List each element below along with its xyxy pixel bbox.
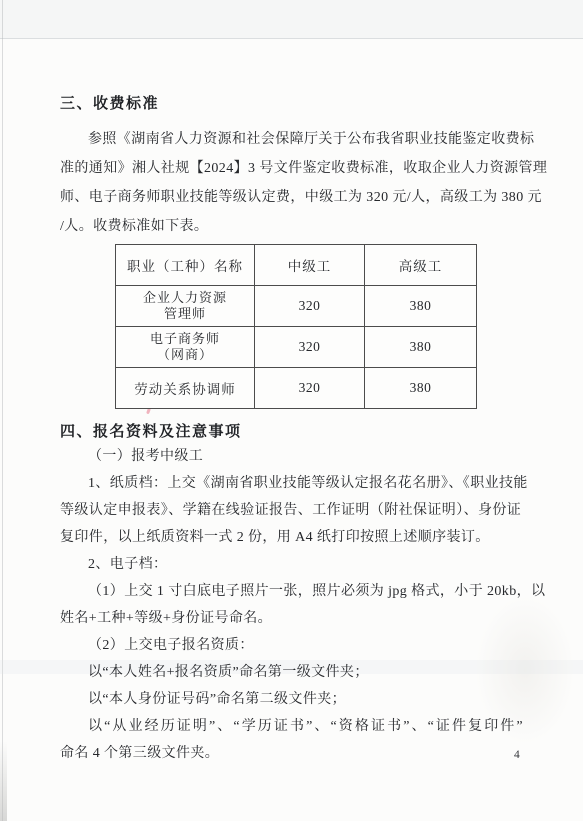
- paragraph-line: 师、电子商务师职业技能等级认定费，中级工为 320 元/人，高级工为 380 元: [60, 183, 525, 212]
- section-heading-fees: 三、收费标准: [60, 94, 525, 114]
- occupation-name-line: （网商）: [116, 347, 254, 363]
- table-row: 劳动关系协调师 320 380: [116, 368, 477, 409]
- fees-paragraph: 参照《湖南省人力资源和社会保障厅关于公布我省职业技能鉴定收费标 准的通知》湘人社…: [60, 125, 525, 241]
- paragraph-line: （1）上交 1 寸白底电子照片一张，照片必须为 jpg 格式，小于 20kb，以: [60, 578, 525, 605]
- paragraph-line: （一）报考中级工: [60, 443, 525, 470]
- occupation-name-line: 企业人力资源: [116, 290, 254, 306]
- paragraph-line: 姓名+工种+等级+身份证号命名。: [60, 605, 525, 632]
- page-content: 三、收费标准 参照《湖南省人力资源和社会保障厅关于公布我省职业技能鉴定收费标 准…: [60, 0, 525, 767]
- materials-paragraphs: （一）报考中级工 1、纸质档：上交《湖南省职业技能等级认定报名花名册》、《职业技…: [60, 443, 525, 767]
- col-header-occupation: 职业（工种）名称: [116, 245, 255, 286]
- paragraph-line: 等级认定申报表》、学籍在线验证报告、工作证明（附社保证明）、身份证: [60, 497, 525, 524]
- senior-fee-cell: 380: [365, 368, 477, 409]
- paragraph-line: 以“本人身份证号码”命名第二级文件夹；: [60, 686, 525, 713]
- paragraph-line: 复印件，以上纸质资料一式 2 份，用 A4 纸打印按照上述顺序装订。: [60, 524, 525, 551]
- occupation-name-line: 管理师: [116, 306, 254, 322]
- senior-fee-cell: 380: [365, 327, 477, 368]
- paragraph-line: 准的通知》湘人社规【2024】3 号文件鉴定收费标准，收取企业人力资源管理: [60, 154, 525, 183]
- senior-fee-cell: 380: [365, 286, 477, 327]
- table-header-row: 职业（工种）名称 中级工 高级工: [116, 245, 477, 286]
- occupation-name-line: 电子商务师: [116, 331, 254, 347]
- document-page: 三、收费标准 参照《湖南省人力资源和社会保障厅关于公布我省职业技能鉴定收费标 准…: [0, 0, 583, 821]
- paragraph-line: /人。收费标准如下表。: [60, 212, 525, 241]
- intermediate-fee-cell: 320: [255, 327, 365, 368]
- paragraph-line: （2）上交电子报名资质：: [60, 632, 525, 659]
- scan-artifact-bottom-shade: [0, 741, 7, 821]
- occupation-cell: 劳动关系协调师: [116, 368, 255, 409]
- scan-artifact-left-edge: [2, 0, 3, 821]
- paragraph-line: 以“从业经历证明”、“学历证书”、“资格证书”、“证件复印件”: [60, 713, 525, 740]
- occupation-cell: 电子商务师 （网商）: [116, 327, 255, 368]
- page-number: 4: [514, 749, 520, 761]
- col-header-intermediate: 中级工: [255, 245, 365, 286]
- fee-standards-table: 职业（工种）名称 中级工 高级工 企业人力资源 管理师 320 380 电子商务…: [115, 244, 477, 409]
- col-header-senior: 高级工: [365, 245, 477, 286]
- section-heading-materials: 四、报名资料及注意事项: [60, 422, 525, 442]
- paragraph-line: 1、纸质档：上交《湖南省职业技能等级认定报名花名册》、《职业技能: [60, 470, 525, 497]
- table-row: 企业人力资源 管理师 320 380: [116, 286, 477, 327]
- occupation-cell: 企业人力资源 管理师: [116, 286, 255, 327]
- paragraph-line: 2、电子档：: [60, 551, 525, 578]
- table-row: 电子商务师 （网商） 320 380: [116, 327, 477, 368]
- intermediate-fee-cell: 320: [255, 368, 365, 409]
- paragraph-line: 参照《湖南省人力资源和社会保障厅关于公布我省职业技能鉴定收费标: [60, 125, 525, 154]
- intermediate-fee-cell: 320: [255, 286, 365, 327]
- paragraph-line: 以“本人姓名+报名资质”命名第一级文件夹；: [60, 659, 525, 686]
- paragraph-line: 命名 4 个第三级文件夹。: [60, 740, 525, 767]
